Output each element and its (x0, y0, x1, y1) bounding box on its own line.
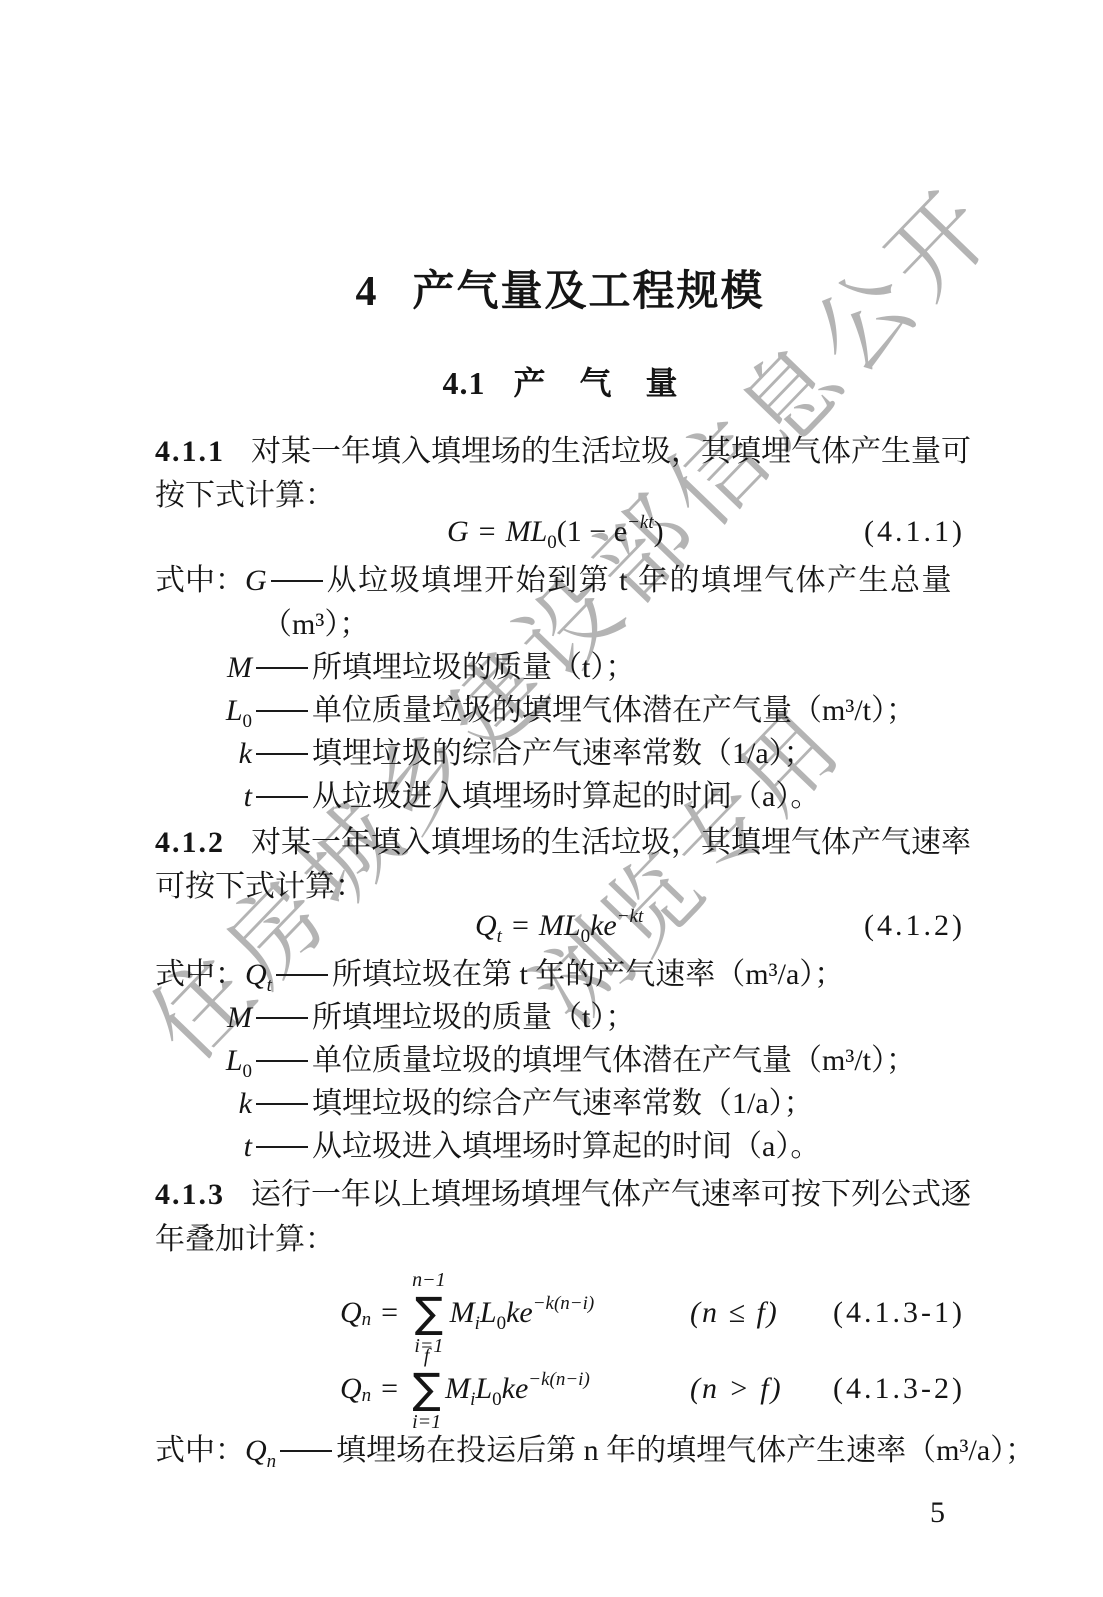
def-desc-M: 所填埋垃圾的质量（t）； (312, 651, 635, 684)
term-L: L (480, 1296, 497, 1329)
formula-4132-condition: (n > f) (690, 1372, 783, 1406)
def-413-Qn: 式中：Qn填埋场在投运后第 n 年的填埋气体产生速率（m³/a）； (155, 1429, 965, 1473)
formula-412: Qt=ML0ke−kt (4.1.2) (155, 904, 965, 960)
term-L-sub: 0 (492, 1389, 502, 1410)
def-411-k: k填埋垃圾的综合产气速率常数（1/a）； (155, 732, 965, 776)
chapter-number: 4 (355, 269, 378, 315)
em-dash (280, 1450, 332, 1452)
em-dash (271, 580, 323, 582)
def-intro: 式中： (155, 1434, 245, 1467)
def-desc-M: 所填埋垃圾的质量（t）； (312, 1001, 635, 1034)
def-desc-G-unit: （m³）； (262, 608, 369, 641)
def-symbol-L-sub: 0 (243, 1061, 253, 1082)
def-desc-L0: 单位质量垃圾的填埋气体潜在产气量（m³/t）； (312, 1044, 916, 1077)
formula-412-coef-sub: 0 (581, 926, 591, 947)
def-desc-Qt: 所填垃圾在第 t 年的产气速率（m³/a）； (332, 958, 844, 991)
def-desc-L0: 单位质量垃圾的填埋气体潜在产气量（m³/t）； (312, 694, 916, 727)
def-411-G-wrap: （m³）； (262, 603, 962, 647)
def-intro: 式中： (155, 958, 245, 991)
formula-4132-terms: MiL0ke−k(n−i) (445, 1372, 590, 1406)
document-page: 住房城乡建设部信息公开 浏览专用 4产气量及工程规模 4.1产 气 量 4.1.… (0, 0, 1103, 1597)
formula-412-exponent: −kt (617, 906, 644, 927)
formula-412-lhs: Q (475, 909, 497, 942)
formula-412-lhs-sub: t (497, 926, 502, 947)
def-symbol-L-sub: 0 (243, 711, 253, 732)
clause-412-text: 对某一年填入填埋场的生活垃圾，其填埋气体产气速率 (251, 826, 971, 859)
def-411-G: 式中：G从垃圾填埋开始到第 t 年的填埋气体产生总量 (155, 559, 965, 603)
def-412-t: t从垃圾进入填埋场时算起的时间（a）。 (155, 1125, 965, 1169)
def-symbol-L: L (226, 694, 243, 727)
em-dash (256, 1103, 308, 1105)
formula-411-exponent: −kt (627, 512, 654, 533)
term-M: M (445, 1372, 470, 1405)
def-desc-G: 从垃圾填埋开始到第 t 年的填埋气体产生总量 (327, 564, 953, 597)
formula-4132-body: Qn= f ∑ i=1 MiL0ke−k(n−i) (340, 1345, 590, 1433)
def-412-Qt: 式中：Qt所填垃圾在第 t 年的产气速率（m³/a）； (155, 953, 965, 997)
formula-4131-condition: (n ≤ f) (690, 1296, 779, 1330)
def-411-t: t从垃圾进入填埋场时算起的时间（a）。 (155, 775, 965, 819)
clause-413-line1: 4.1.3运行一年以上填埋场填埋气体产气速率可按下列公式逐 (155, 1173, 965, 1217)
formula-411-label: (4.1.1) (864, 510, 965, 554)
clause-412-number: 4.1.2 (155, 826, 225, 859)
formula-4131-label: (4.1.3-1) (833, 1296, 965, 1330)
summation: f ∑ i=1 (412, 1345, 441, 1433)
sigma-symbol: ∑ (415, 1291, 443, 1335)
em-dash (256, 753, 308, 755)
term-M-sub: i (470, 1389, 475, 1410)
formula-412-label: (4.1.2) (864, 904, 965, 948)
equals-sign: = (479, 515, 496, 548)
formula-4132-lhs: Q (340, 1372, 362, 1406)
def-desc-k: 填埋垃圾的综合产气速率常数（1/a）； (312, 1087, 814, 1120)
clause-411-text2: 按下式计算： (155, 479, 335, 512)
def-412-k: k填埋垃圾的综合产气速率常数（1/a）； (155, 1082, 965, 1126)
chapter-title-text: 产气量及工程规模 (412, 269, 764, 315)
def-412-M: M所填埋垃圾的质量（t）； (155, 996, 965, 1040)
section-title-text: 产 气 量 (513, 365, 677, 401)
term-ke: ke (506, 1296, 533, 1329)
clause-412-text2: 可按下式计算： (155, 870, 365, 903)
section-title: 4.1产 气 量 (155, 360, 965, 406)
def-411-M: M所填埋垃圾的质量（t）； (155, 646, 965, 690)
formula-411-close: ) (654, 515, 664, 548)
formula-4132: Qn= f ∑ i=1 MiL0ke−k(n−i) (n > f) (4.1.3… (155, 1334, 965, 1444)
equals-sign: = (381, 1296, 398, 1330)
def-desc-t: 从垃圾进入填埋场时算起的时间（a）。 (312, 1130, 820, 1163)
clause-411-line1: 4.1.1对某一年填入填埋场的生活垃圾，其填埋气体产生量可 (155, 430, 965, 474)
def-412-L0: L0单位质量垃圾的填埋气体潜在产气量（m³/t）； (155, 1039, 965, 1083)
term-L-sub: 0 (497, 1313, 507, 1334)
formula-4132-lhs-sub: n (362, 1385, 372, 1407)
clause-412-line1: 4.1.2对某一年填入填埋场的生活垃圾，其填埋气体产气速率 (155, 821, 965, 865)
clause-413-text: 运行一年以上填埋场填埋气体产气速率可按下列公式逐 (251, 1178, 971, 1211)
formula-411-paren: (1 − e (557, 515, 627, 548)
formula-412-coef: ML (539, 909, 581, 942)
term-L: L (475, 1372, 492, 1405)
def-symbol-G: G (245, 564, 267, 597)
clause-413-line2: 年叠加计算： (155, 1218, 965, 1262)
clause-412-line2: 可按下式计算： (155, 865, 965, 909)
clause-413-number: 4.1.3 (155, 1178, 225, 1211)
formula-4132-label: (4.1.3-2) (833, 1372, 965, 1406)
page-number-value: 5 (930, 1496, 945, 1529)
equals-sign: = (512, 909, 529, 942)
page-number: 5 (155, 1491, 965, 1535)
term-exponent: −k(n−i) (533, 1293, 595, 1314)
clause-411-number: 4.1.1 (155, 435, 225, 468)
em-dash (256, 1060, 308, 1062)
formula-411: G=ML0(1 − e−kt) (4.1.1) (155, 510, 965, 566)
term-exponent: −k(n−i) (528, 1369, 590, 1390)
def-intro: 式中： (155, 564, 245, 597)
def-symbol-Qt-sub: t (267, 975, 272, 996)
def-symbol-Qn-sub: n (267, 1451, 277, 1472)
def-desc-Qn: 填埋场在投运后第 n 年的填埋气体产生速率（m³/a）； (336, 1434, 1035, 1467)
def-symbol-M: M (227, 1001, 252, 1034)
formula-411-body: G=ML0(1 − e−kt) (447, 510, 664, 558)
term-M: M (450, 1296, 475, 1329)
def-desc-k: 填埋垃圾的综合产气速率常数（1/a）； (312, 737, 814, 770)
formula-411-lhs: G (447, 515, 469, 548)
def-411-L0: L0单位质量垃圾的填埋气体潜在产气量（m³/t）； (155, 689, 965, 733)
def-symbol-t: t (244, 1130, 252, 1163)
def-symbol-k: k (239, 737, 252, 770)
em-dash (276, 974, 328, 976)
def-symbol-Qt: Q (245, 958, 267, 991)
formula-4131-lhs-sub: n (362, 1309, 372, 1331)
term-M-sub: i (475, 1313, 480, 1334)
em-dash (256, 1017, 308, 1019)
def-symbol-k: k (239, 1087, 252, 1120)
def-symbol-M: M (227, 651, 252, 684)
formula-411-coef: ML (506, 515, 548, 548)
formula-412-mid: ke (590, 909, 617, 942)
term-ke: ke (502, 1372, 529, 1405)
def-symbol-L: L (226, 1044, 243, 1077)
def-desc-t: 从垃圾进入填埋场时算起的时间（a）。 (312, 780, 820, 813)
formula-4131-lhs: Q (340, 1296, 362, 1330)
clause-411-text: 对某一年填入填埋场的生活垃圾，其填埋气体产生量可 (251, 435, 971, 468)
formula-412-body: Qt=ML0ke−kt (475, 904, 643, 952)
def-symbol-Qn: Q (245, 1434, 267, 1467)
em-dash (256, 710, 308, 712)
formula-4131-terms: MiL0ke−k(n−i) (450, 1296, 595, 1330)
clause-413-text2: 年叠加计算： (155, 1223, 335, 1256)
em-dash (256, 796, 308, 798)
chapter-title: 4产气量及工程规模 (155, 264, 965, 320)
section-number: 4.1 (442, 365, 485, 401)
em-dash (256, 667, 308, 669)
def-symbol-t: t (244, 780, 252, 813)
sigma-symbol: ∑ (412, 1367, 440, 1411)
em-dash (256, 1146, 308, 1148)
equals-sign: = (381, 1372, 398, 1406)
formula-411-coef-sub: 0 (547, 532, 557, 553)
